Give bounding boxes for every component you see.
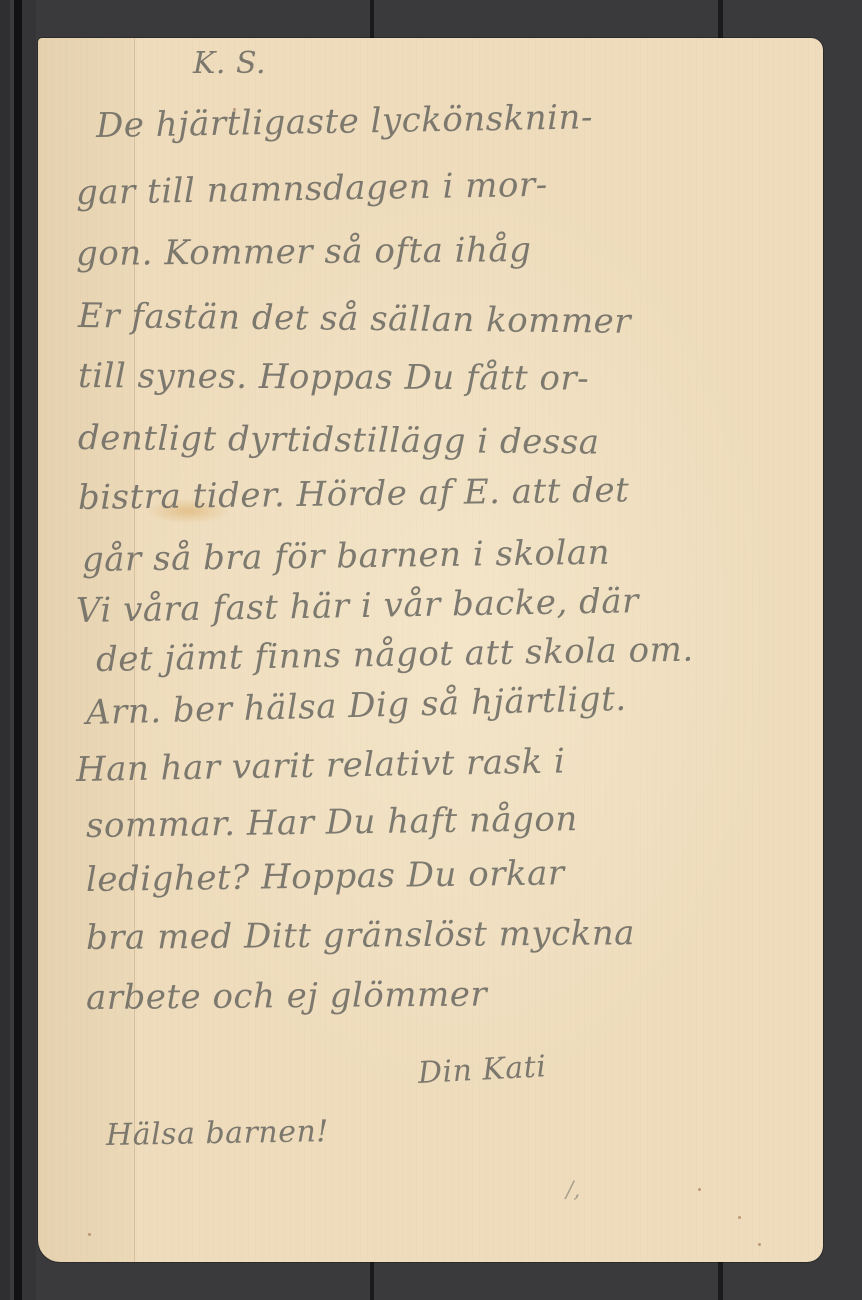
- letter-line-4: Er fastän det så sällan kommer: [78, 296, 631, 342]
- foxing-spot: [88, 1233, 91, 1236]
- letter-line-1: De hjärtligaste lyckönsknin-: [96, 97, 594, 146]
- letter-line-10: det jämt finns något att skola om.: [96, 630, 694, 680]
- letter-line-15: bra med Ditt gränslöst myckna: [86, 913, 635, 958]
- letter-line-9: Vi våra fast här i vår backe, där: [76, 581, 639, 631]
- foxing-spot: [698, 1188, 701, 1191]
- letter-line-7: bistra tider. Hörde af E. att det: [78, 470, 630, 518]
- letter-line-3: gon. Kommer så ofta ihåg: [76, 230, 532, 274]
- salutation: K. S.: [193, 46, 266, 81]
- letter-line-16: arbete och ej glömmer: [86, 975, 487, 1018]
- letter-line-8: går så bra för barnen i skolan: [82, 533, 611, 580]
- letter-line-2: gar till namnsdagen i mor-: [76, 165, 548, 213]
- letter-line-6: dentligt dyrtidstillägg i dessa: [78, 418, 600, 463]
- postcard: K. S. De hjärtligaste lyckönsknin- gar t…: [38, 38, 823, 1262]
- letter-line-13: sommar. Har Du haft någon: [86, 799, 578, 846]
- background-stripe: [14, 0, 22, 1300]
- foxing-spot: [758, 1243, 761, 1246]
- letter-line-11: Arn. ber hälsa Dig så hjärtligt.: [85, 679, 627, 733]
- postscript: Hälsa barnen!: [106, 1114, 329, 1153]
- letter-line-12: Han har varit relativt rask i: [76, 741, 566, 790]
- letter-line-5: till synes. Hoppas Du fått or-: [78, 356, 589, 399]
- letter-line-14: ledighet? Hoppas Du orkar: [86, 853, 565, 900]
- signature: Din Kati: [417, 1049, 547, 1091]
- marginal-mark: /,: [566, 1178, 580, 1203]
- foxing-spot: [738, 1216, 741, 1219]
